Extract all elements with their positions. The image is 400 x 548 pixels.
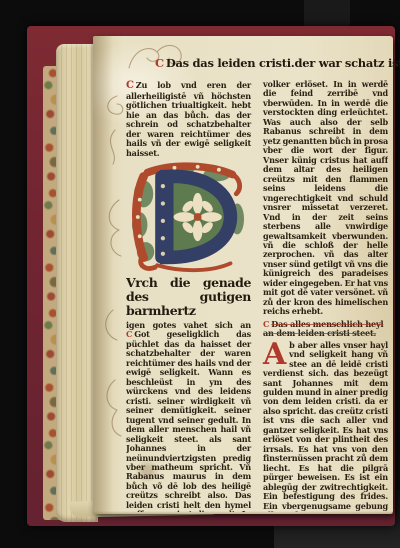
book-page: CDas das leiden cristi.der war schatz is… — [93, 36, 393, 514]
page-edge-stack — [56, 44, 98, 522]
right-paragraph-2: Ab aber alles vnser hayl vnd seligkeit h… — [263, 341, 388, 512]
left-body-paragraph: igen gotes vahet sich an CGot geseligkli… — [126, 321, 251, 512]
intro-paragraph: CZu lob vnd eren der allerheiligistē vñ … — [126, 80, 251, 158]
text-columns: CZu lob vnd eren der allerheiligistē vñ … — [126, 80, 388, 512]
running-title-text: Das das leiden cristi.der war schatz ist… — [166, 56, 400, 70]
rubric-text: Das alles menschlich heyl an dem leiden … — [263, 319, 383, 338]
left-body-text-2: Got geseligklich das püchlet das da hais… — [126, 329, 251, 512]
illuminated-initial-d: D — [126, 161, 250, 273]
running-title: CDas das leiden cristi.der war schatz is… — [155, 56, 391, 70]
illuminated-initial-artwork — [126, 161, 250, 273]
right-column: volker erlöset. In in werdē die feind ze… — [263, 80, 388, 512]
intro-text: Zu lob vnd eren der allerheiligistē vñ h… — [126, 80, 251, 158]
photo-background: { "colors": { "background_black": "#0c0c… — [0, 0, 400, 548]
rubric-heading: CDas alles menschlich heyl an dem leiden… — [263, 320, 388, 339]
rubric-mark: C — [155, 56, 164, 70]
left-column: CZu lob vnd eren der allerheiligistē vñ … — [126, 80, 251, 512]
rubric-mark: C — [126, 80, 134, 91]
penwork-marginalia-icon — [95, 60, 129, 480]
lombard-initial-a: A — [263, 341, 289, 368]
large-incipit-words: Vrch die genade des gutigen barmhertz — [126, 276, 251, 318]
right-paragraph-1: volker erlöset. In in werdē die feind ze… — [263, 80, 388, 317]
